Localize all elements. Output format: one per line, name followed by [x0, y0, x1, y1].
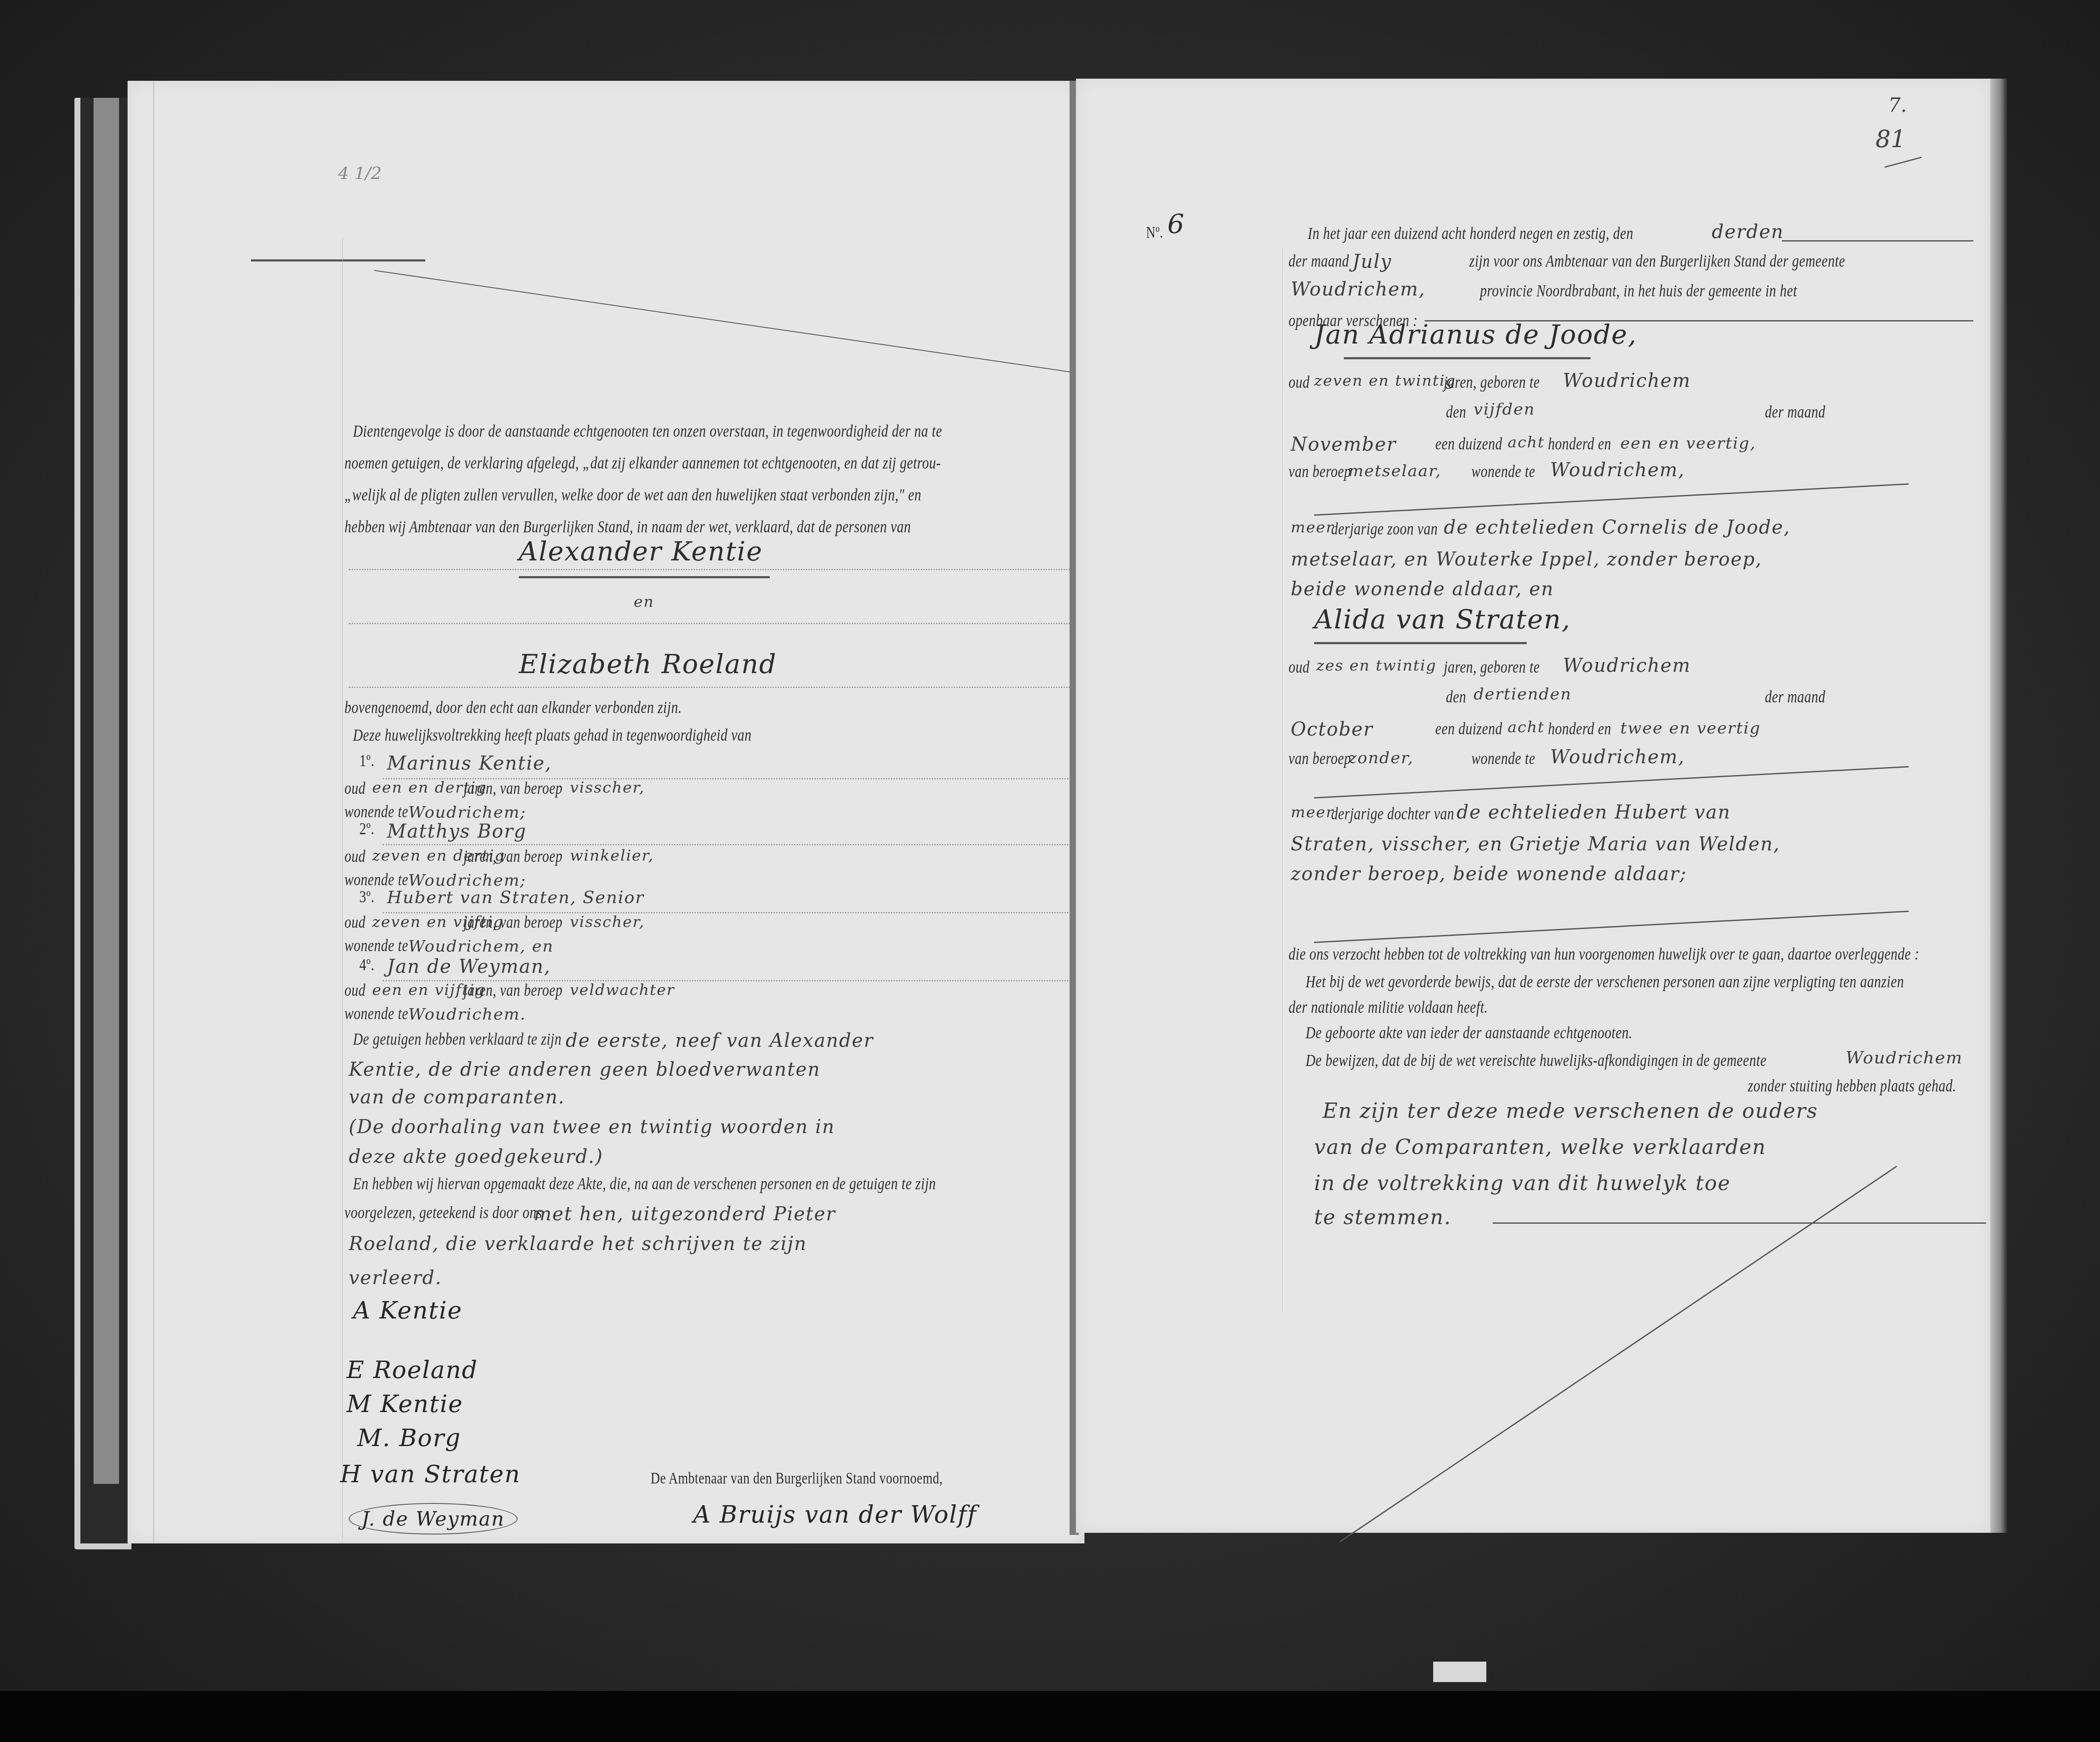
bride-occupation: zonder, [1348, 748, 1414, 767]
witness-4-beroep-label: jaren, van beroep [464, 980, 563, 1000]
bovengenoemd-text: bovengenoemd, door den echt aan elkander… [344, 698, 682, 717]
witness-1-name: Marinus Kentie, [387, 753, 552, 774]
request-line-4: De geboorte akte van ieder der aanstaand… [1306, 1023, 1633, 1043]
bride-name-line [349, 687, 1191, 688]
groom-name: Jan Adrianus de Joode, [1314, 319, 1637, 350]
intro-line-2: zijn voor ons Ambtenaar van den Burgerli… [1469, 251, 1845, 271]
witness-2-beroep-label: jaren, van beroep [464, 847, 563, 866]
witness-3-beroep-label: jaren, van beroep [464, 912, 563, 932]
signature-witness-3: H van Straten [340, 1461, 521, 1488]
witness-intro: Deze huwelijksvoltrekking heeft plaats g… [353, 725, 751, 745]
witness-2-wonende-label: wonende te [344, 870, 408, 889]
groom-name-underline [1344, 357, 1591, 359]
groom-beroep-label: van beroep [1289, 462, 1351, 481]
bride-name: Elizabeth Roeland [519, 648, 777, 679]
groom-residence: Woudrichem, [1550, 459, 1685, 481]
closing-printed-1: En hebben wij hiervan opgemaakt deze Akt… [353, 1174, 936, 1194]
groom-parents-1: de echtelieden Cornelis de Joode, [1444, 517, 1790, 538]
relation-line-2: Kentie, de drie anderen geen bloedverwan… [349, 1059, 820, 1080]
consent-end-line [1493, 1222, 1986, 1224]
consent-line-4: te stemmen. [1314, 1205, 1451, 1229]
witness-1-residence: Woudrichem; [408, 803, 526, 821]
official-label: De Ambtenaar van den Burgerlijken Stand … [651, 1470, 943, 1488]
book-page-edge [94, 98, 119, 1484]
witness-3-name: Hubert van Straten, Senior [387, 888, 644, 907]
witness-4-residence: Woudrichem. [408, 1005, 526, 1023]
witness-1-occupation: visscher, [570, 779, 645, 796]
groom-een-duizend-label: een duizend [1435, 434, 1502, 454]
groom-age: zeven en twintig [1314, 372, 1456, 389]
witness-4-name: Jan de Weyman, [387, 956, 551, 978]
witness-3-residence: Woudrichem, en [408, 937, 554, 955]
bride-name-underline [1314, 642, 1527, 644]
cancel-stroke [1314, 766, 1909, 799]
bride-honderd-label: honderd en [1548, 719, 1611, 739]
act-number: 6 [1167, 208, 1185, 239]
relation-label: De getuigen hebben verklaard te zijn [353, 1029, 561, 1049]
bride-parents-1: de echtelieden Hubert van [1457, 801, 1731, 823]
witness-4-wonende-label: wonende te [344, 1004, 408, 1023]
relation-line-4: (De doorhaling van twee en twintig woord… [349, 1116, 835, 1138]
bride-beroep-label: van beroep [1289, 749, 1351, 768]
relation-line-1: de eerste, neef van Alexander [566, 1030, 874, 1051]
groom-der-maand-label: der maand [1765, 402, 1825, 422]
film-edge-strip [0, 1691, 2100, 1742]
signature-witness-1: M Kentie [347, 1390, 463, 1418]
request-line-1: die ons verzocht hebben tot de voltrekki… [1289, 944, 1919, 964]
declaration-line-4: hebben wij Ambtenaar van den Burgerlijke… [344, 517, 911, 537]
bride-residence: Woudrichem, [1550, 746, 1685, 768]
bride-age: zes en twintig [1316, 657, 1437, 674]
groom-den-label: den [1446, 402, 1466, 422]
page-number: 7. [1888, 94, 1907, 117]
act-no-label: Nº. [1146, 224, 1163, 242]
groom-parents-3: beide wonende aldaar, en [1291, 578, 1554, 600]
declaration-line-2: noemen getuigen, de verklaring afgelegd,… [344, 453, 941, 473]
cancel-diagonal-line [374, 270, 1094, 376]
bride-parents-2: Straten, visscher, en Grietje Maria van … [1291, 833, 1780, 855]
groom-birth-century: acht [1508, 434, 1545, 451]
groom-parents-2: metselaar, en Wouterke Ippel, zonder ber… [1291, 548, 1762, 570]
bride-birth-century: acht [1508, 719, 1545, 736]
bride-birth-year: twee en veertig [1620, 719, 1761, 737]
witness-2-residence: Woudrichem; [408, 871, 526, 889]
closing-hand-2: Roeland, die verklaarde het schrijven te… [349, 1233, 807, 1255]
witness-3-oud-label: oud [344, 912, 366, 932]
official-signature: A Bruijs van der Wolff [693, 1501, 977, 1529]
book-right-edge [1990, 79, 2007, 1533]
cancel-stroke [1314, 483, 1909, 516]
request-line-5: De bewijzen, dat de bij de wet vereischt… [1306, 1051, 1767, 1070]
closing-hand-3: verleerd. [349, 1267, 442, 1289]
groom-birthplace: Woudrichem [1563, 370, 1691, 392]
der-maand-label: der maand [1289, 251, 1349, 271]
witness-1-oud-label: oud [344, 779, 366, 798]
witness-2-occupation: winkelier, [570, 847, 654, 864]
cancel-stroke [1314, 911, 1909, 943]
bride-der-maand-label: der maand [1765, 687, 1825, 707]
closing-printed-2: voorgelezen, geteekend is door ons [344, 1203, 542, 1222]
witness-2-name: Matthys Borg [387, 821, 526, 842]
groom-occupation: metselaar, [1348, 461, 1441, 480]
margin-line [342, 238, 343, 1539]
witness-3-wonende-label: wonende te [344, 936, 408, 955]
signature-witness-2: M. Borg [357, 1424, 461, 1452]
bride-status-prefix: meer [1291, 804, 1334, 821]
right-page: 7. 81 Nº. 6 In het jaar een duizend acht… [1076, 79, 1990, 1533]
relation-line-3: van de comparanten. [349, 1086, 565, 1108]
witness-1-wonende-label: wonende te [344, 802, 408, 821]
groom-birth-month: November [1291, 434, 1397, 455]
witness-4-oud-label: oud [344, 980, 366, 1000]
en-connector: en [634, 593, 654, 611]
corner-mark: 4 1/2 [338, 164, 382, 183]
intro-line-3: provincie Noordbrabant, in het huis der … [1480, 281, 1797, 301]
left-page: 4 1/2 Dientengevolge is door de aanstaan… [128, 81, 1084, 1543]
intro-line-1: In het jaar een duizend acht honderd neg… [1308, 224, 1633, 243]
consent-line-2: van de Comparanten, welke verklaarden [1314, 1135, 1766, 1159]
bride-birthplace: Woudrichem [1563, 655, 1691, 676]
consent-line-1: En zijn ter deze mede verschenen de oude… [1323, 1099, 1818, 1123]
bride-parents-3: zonder beroep, beide wonende aldaar; [1291, 863, 1687, 885]
day-entry: derden [1712, 221, 1784, 243]
witness-4-occupation: veldwachter [570, 981, 675, 999]
witness-2-number: 2º. [359, 819, 374, 838]
signature-bride: E Roeland [347, 1356, 478, 1384]
folio-underline [1884, 156, 1922, 168]
bride-birth-day: dertienden [1474, 685, 1572, 703]
witness-1-beroep-label: jaren, van beroep [464, 779, 563, 798]
request-line-2: Het bij de wet gevorderde bewijs, dat de… [1306, 972, 1904, 992]
groom-status-label: derjarige zoon van [1331, 519, 1438, 539]
signature-groom: A Kentie [353, 1297, 462, 1324]
groom-birth-year: een en veertig, [1620, 434, 1756, 452]
groom-birth-day: vijfden [1474, 400, 1535, 418]
witness-3-occupation: visscher, [570, 913, 645, 931]
witness-4-number: 4º. [359, 955, 374, 975]
zonder-stuiting-text: zonder stuiting hebben plaats gehad. [1748, 1076, 1956, 1096]
day-line [1782, 240, 1973, 242]
bride-een-duizend-label: een duizend [1435, 719, 1502, 739]
en-line [349, 623, 1191, 624]
signature-witness-4: J. de Weyman [349, 1503, 518, 1535]
bride-den-label: den [1446, 687, 1466, 707]
margin-line [1282, 249, 1283, 1312]
groom-wonende-label: wonende te [1471, 462, 1535, 481]
bride-wonende-label: wonende te [1471, 749, 1535, 768]
groom-honderd-label: honderd en [1548, 434, 1611, 454]
municipality-entry: Woudrichem, [1291, 278, 1426, 300]
banns-municipality: Woudrichem [1846, 1048, 1963, 1068]
closing-hand-1: met hen, uitgezonderd Pieter [534, 1203, 836, 1225]
witness-3-number: 3º. [359, 887, 374, 907]
request-line-3: der nationale militie voldaan heeft. [1289, 997, 1488, 1017]
groom-name: Alexander Kentie [519, 536, 763, 567]
film-marker-tab [1433, 1662, 1486, 1682]
bride-born-label: jaren, geboren te [1444, 657, 1540, 677]
bride-birth-month: October [1291, 719, 1373, 740]
relation-line-5: deze akte goedgekeurd.) [349, 1146, 603, 1168]
witness-1-number: 1º. [359, 751, 374, 770]
groom-name-line [349, 569, 1191, 570]
month-entry: July [1352, 251, 1392, 273]
declaration-line-3: „welijk al de pligten zullen vervullen, … [344, 485, 922, 505]
witness-2-oud-label: oud [344, 847, 366, 866]
groom-oud-label: oud [1289, 372, 1310, 392]
cancel-rule [251, 259, 425, 261]
groom-status-prefix: meer [1291, 519, 1334, 536]
folio-number: 81 [1875, 125, 1906, 153]
bride-status-label: derjarige dochter van [1331, 804, 1454, 824]
groom-underline [519, 576, 770, 578]
bride-oud-label: oud [1289, 657, 1310, 677]
declaration-line-1: Dientengevolge is door de aanstaande ech… [353, 421, 942, 441]
consent-line-3: in de voltrekking van dit huwelyk toe [1314, 1171, 1731, 1195]
groom-born-label: jaren, geboren te [1444, 372, 1540, 392]
bride-name: Alida van Straten, [1314, 604, 1571, 635]
